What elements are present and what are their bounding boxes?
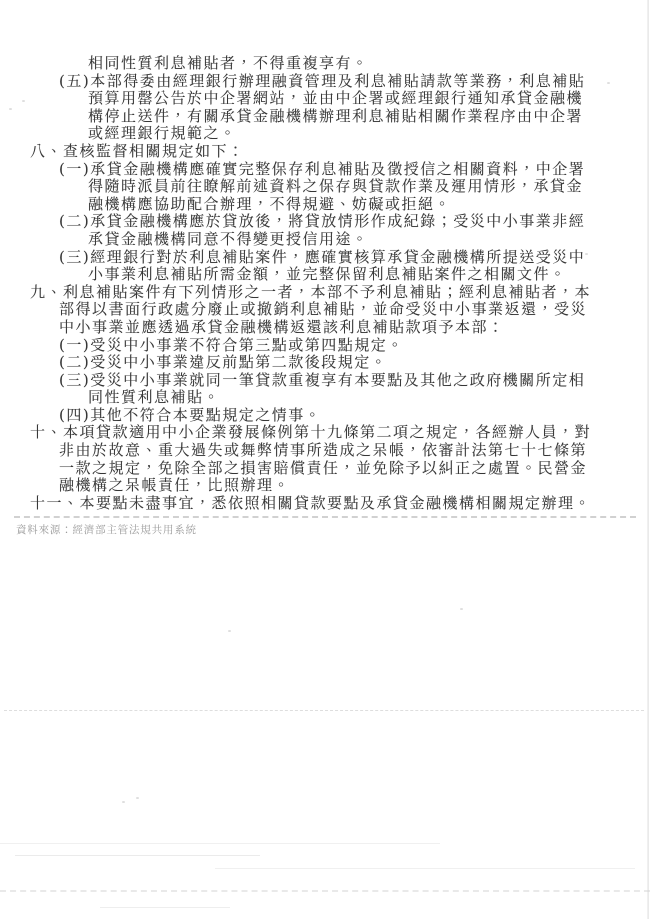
text-line: 相同性質利息補貼者，不得重複享有。 xyxy=(0,55,650,73)
scan-artifact-line xyxy=(0,890,650,892)
source-note: 資料來源：經濟部主管法規共用系統 xyxy=(16,522,197,537)
text-line: (二)承貸金融機構應於貸放後，將貸放情形作成紀錄；受災中小事業非經 xyxy=(0,213,650,231)
text-line: 中小事業並應透過承貸金融機構返還該利息補貼款項予本部： xyxy=(0,319,650,337)
text-line: 承貸金融機構同意不得變更授信用途。 xyxy=(0,231,650,249)
document-text-block: 相同性質利息補貼者，不得重複享有。(五)本部得委由經理銀行辦理融資管理及利息補貼… xyxy=(0,55,650,512)
text-line: (四)其他不符合本要點規定之情事。 xyxy=(0,407,650,425)
footer-separator-line xyxy=(14,516,636,518)
text-line: 得隨時派員前往瞭解前述資料之保存與貸款作業及運用情形，承貸金 xyxy=(0,178,650,196)
text-line: 十、本項貸款適用中小企業發展條例第十九條第二項之規定，各經辦人員，對 xyxy=(0,424,650,442)
scan-speck xyxy=(585,253,588,255)
scanned-document-page: 相同性質利息補貼者，不得重複享有。(五)本部得委由經理銀行辦理融資管理及利息補貼… xyxy=(0,0,650,919)
text-line: 構停止送件，有關承貸金融機構辦理利息補貼相關作業程序由中企署 xyxy=(0,108,650,126)
text-line: 小事業利息補貼所需金額，並完整保留利息補貼案件之相關文件。 xyxy=(0,266,650,284)
scan-edge-shadow xyxy=(647,0,649,919)
text-line: 九、利息補貼案件有下列情形之一者，本部不予利息補貼；經利息補貼者，本 xyxy=(0,284,650,302)
scan-speck xyxy=(136,797,139,799)
scan-speck xyxy=(228,630,231,632)
scan-speck xyxy=(122,801,125,803)
scan-speck xyxy=(460,608,463,610)
text-line: 融機構之呆帳責任，比照辦理。 xyxy=(0,477,650,495)
text-line: (二)受災中小事業違反前點第二款後段規定。 xyxy=(0,354,650,372)
scan-artifact-line xyxy=(215,868,635,869)
text-line: 融機構應協助配合辦理，不得規避、妨礙或拒絕。 xyxy=(0,196,650,214)
scan-artifact-line xyxy=(100,907,230,908)
scan-artifact-line xyxy=(15,855,260,856)
text-line: (三)受災中小事業就同一筆貸款重複享有本要點及其他之政府機關所定相 xyxy=(0,372,650,390)
text-line: (三)經理銀行對於利息補貼案件，應確實核算承貸金融機構所提送受災中 xyxy=(0,249,650,267)
text-line: 十一、本要點未盡事宜，悉依照相關貸款要點及承貸金融機構相關規定辦理。 xyxy=(0,495,650,513)
text-line: 非由於故意、重大過失或舞弊情事所造成之呆帳，依審計法第七十七條第 xyxy=(0,442,650,460)
text-line: (一)承貸金融機構應確實完整保存利息補貼及徵授信之相關資料，中企署 xyxy=(0,161,650,179)
scan-speck xyxy=(22,100,25,102)
scan-artifact-line xyxy=(0,843,440,844)
scan-artifact-line xyxy=(4,710,644,711)
text-line: 部得以書面行政處分廢止或撤銷利息補貼，並命受災中小事業返還，受災 xyxy=(0,301,650,319)
text-line: 同性質利息補貼。 xyxy=(0,389,650,407)
text-line: 一款之規定，免除全部之損害賠償責任，並免除予以糾正之處置。民營金 xyxy=(0,460,650,478)
text-line: 八、查核監督相關規定如下： xyxy=(0,143,650,161)
text-line: 預算用罄公告於中企署網站，並由中企署或經理銀行通知承貸金融機 xyxy=(0,90,650,108)
text-line: (一)受災中小事業不符合第三點或第四點規定。 xyxy=(0,337,650,355)
text-line: (五)本部得委由經理銀行辦理融資管理及利息補貼請款等業務，利息補貼 xyxy=(0,73,650,91)
text-line: 或經理銀行規範之。 xyxy=(0,125,650,143)
scan-speck xyxy=(9,108,12,110)
scan-speck xyxy=(607,82,610,84)
